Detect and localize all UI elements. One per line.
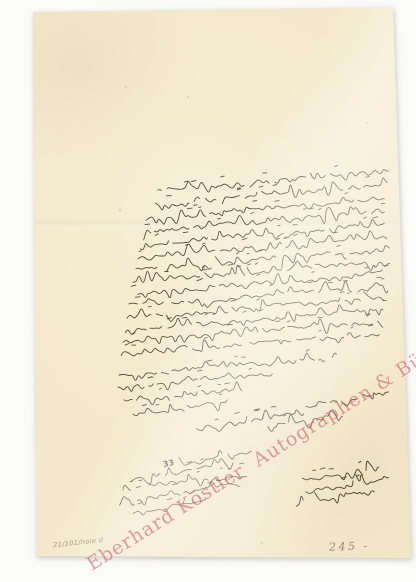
paper-speck [119,209,122,212]
handwriting-line [118,368,272,391]
paper-speck [351,209,352,210]
handwriting-line [121,325,379,356]
scan-background: 33 245 - 21/101/hole d [0,0,416,582]
handwriting-line [123,314,383,344]
paper-speck [261,542,264,545]
handwriting-line [197,392,389,431]
handwriting-line [268,411,343,431]
handwriting-layer [0,0,416,582]
price-annotation: 245 - [329,539,370,553]
handwriting-line [123,468,247,490]
handwriting-line [124,382,242,404]
paper-speck [311,148,312,149]
handwriting-line [140,217,384,250]
paper-speck [366,122,368,124]
paper-speck [187,96,190,99]
paper-speck [149,61,150,62]
handwriting-line [138,231,387,260]
handwriting-line [125,300,386,334]
paper-speck [306,560,308,562]
paper-speck [125,86,127,88]
handwriting-line [133,394,227,416]
handwriting-line [131,459,244,484]
handwriting-line [306,475,389,494]
handwriting-line [158,165,389,192]
handwriting-line [129,277,388,307]
handwriting-line [146,193,384,224]
handwriting-line [156,176,388,209]
handwriting-line [303,461,379,480]
handwriting-line [120,481,241,506]
handwriting-line [133,499,206,515]
paper-speck [230,444,231,445]
handwriting-line [131,265,388,297]
handwriting-line [119,350,336,381]
letter-paper: 33 245 - 21/101/hole d [0,0,416,582]
